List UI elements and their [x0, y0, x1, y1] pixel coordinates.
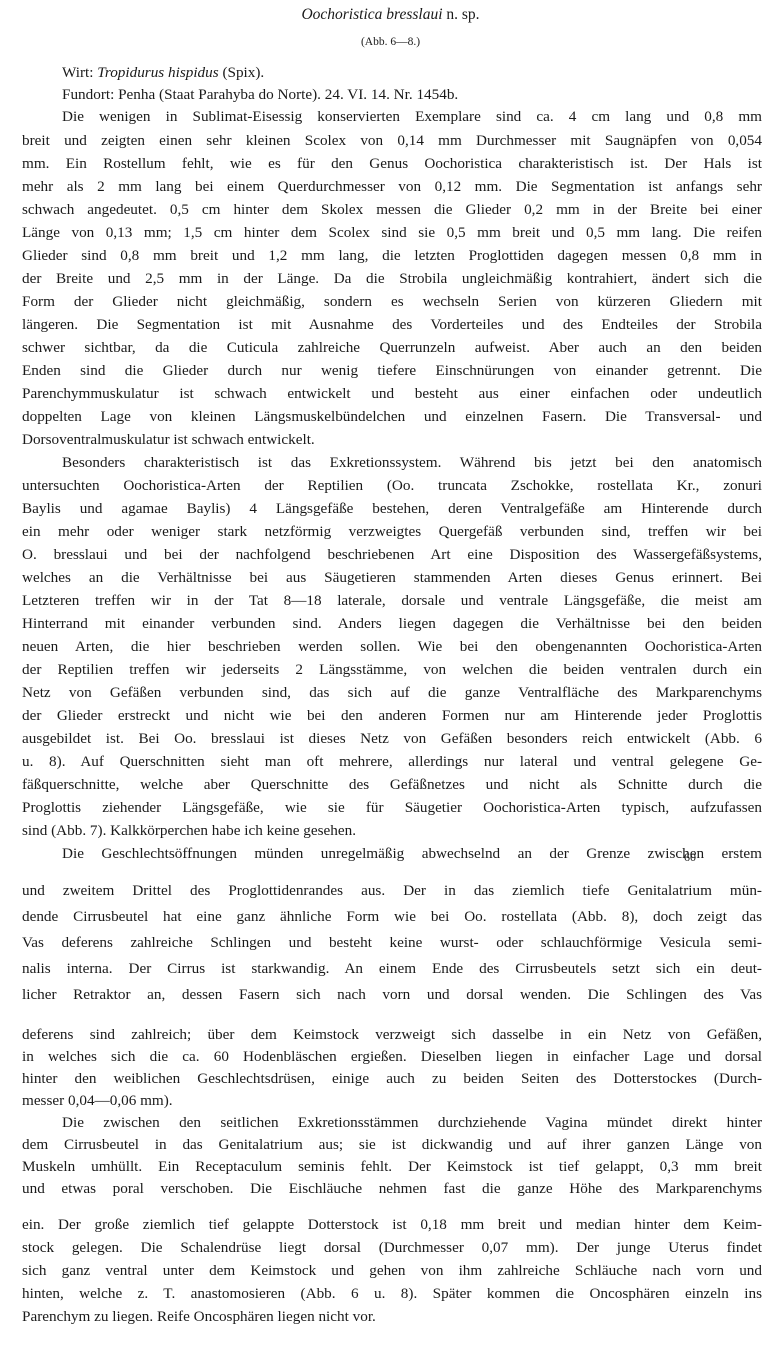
- text-line: untersuchten Oochoristica-Arten der Rept…: [22, 475, 762, 497]
- text-line: hinter den weiblichen Geschlechtsdrüsen,…: [22, 1068, 762, 1090]
- species-name: Oochoristica bresslaui: [301, 6, 442, 23]
- text-line: stock gelegen. Die Schalendrüse liegt do…: [22, 1237, 762, 1259]
- text-line: Netz von Gefäßen verbunden sind, das sic…: [22, 682, 762, 704]
- species-title: Oochoristica bresslaui n. sp.: [0, 6, 781, 24]
- text-line: dem Cirrusbeutel in das Genitalatrium au…: [22, 1134, 762, 1156]
- text-line: Die zwischen den seitlichen Exkretionsst…: [62, 1112, 762, 1134]
- text-line: Hinterrand mit einander verbunden sind. …: [22, 613, 762, 635]
- text-line: Vas deferens zahlreiche Schlingen und be…: [22, 932, 762, 954]
- text-line: sind (Abb. 7). Kalkkörperchen habe ich k…: [22, 820, 762, 842]
- text-line: Besonders charakteristisch ist das Exkre…: [62, 452, 762, 474]
- host-line: Wirt: Tropidurus hispidus (Spix).: [62, 62, 762, 84]
- new-species-mark: n. sp.: [443, 6, 480, 23]
- text-line: Form der Glieder nicht gleichmäßig, sond…: [22, 291, 762, 313]
- text-line: und zweitem Drittel des Proglottidenrand…: [22, 880, 762, 902]
- text-line: sich ganz ventral unter dem Keimstock un…: [22, 1260, 762, 1282]
- text-line: Dorsoventralmuskulatur ist schwach entwi…: [22, 429, 762, 451]
- text-line: mehr als 2 mm lang bei einem Querdurchme…: [22, 176, 762, 198]
- text-line: ausgebildet ist. Bei Oo. bresslaui ist d…: [22, 728, 762, 750]
- text-line: fäßquerschnitte, welche aber Querschnitt…: [22, 774, 762, 796]
- text-line: Muskeln umhüllt. Ein Receptaculum semini…: [22, 1156, 762, 1178]
- text-line: breit und zeigten einen sehr kleinen Sco…: [22, 130, 762, 152]
- text-line: welches an die Verhältnisse bei aus Säug…: [22, 567, 762, 589]
- page-number: 60: [684, 850, 696, 865]
- text-line: Parenchymmuskulatur ist schwach entwicke…: [22, 383, 762, 405]
- text-line: Länge von 0,13 mm; 1,5 cm hinter dem Sco…: [22, 222, 762, 244]
- text-line: Parenchym zu liegen. Reife Oncosphären l…: [22, 1306, 762, 1328]
- text-line: messer 0,04—0,06 mm).: [22, 1090, 762, 1112]
- text-line: schwer sichtbar, da die Cuticula zahlrei…: [22, 337, 762, 359]
- text-line: und etwas poral verschoben. Die Eischläu…: [22, 1178, 762, 1200]
- text-line: neuen Arten, die hier beschrieben werden…: [22, 636, 762, 658]
- text-line: licher Retraktor an, dessen Fasern sich …: [22, 984, 762, 1006]
- text-line: der Breite und 2,5 mm in der Länge. Da d…: [22, 268, 762, 290]
- host-author: (Spix).: [219, 64, 265, 81]
- text-line: in welches sich die ca. 60 Hodenbläschen…: [22, 1046, 762, 1068]
- text-line: deferens sind zahlreich; über dem Keimst…: [22, 1024, 762, 1046]
- text-line: schwach angedeutet. 0,5 cm hinter dem Sk…: [22, 199, 762, 221]
- text-line: O. bresslaui und bei der nachfolgend bes…: [22, 544, 762, 566]
- text-line: der Reptilien treffen wir jederseits 2 L…: [22, 659, 762, 681]
- text-line: nalis interna. Der Cirrus ist starkwandi…: [22, 958, 762, 980]
- text-line: längeren. Die Segmentation ist mit Ausna…: [22, 314, 762, 336]
- text-line: doppelten Lage von kleinen Längsmuskelbü…: [22, 406, 762, 428]
- host-species: Tropidurus hispidus: [97, 64, 218, 81]
- text-line: ein mehr oder weniger stark netzförmig v…: [22, 521, 762, 543]
- figure-reference: (Abb. 6—8.): [0, 36, 781, 48]
- text-line: Baylis und agamae Baylis) 4 Längsgefäße …: [22, 498, 762, 520]
- text-line: Letzteren treffen wir in der Tat 8—18 la…: [22, 590, 762, 612]
- text-line: mm. Ein Rostellum fehlt, wie es für den …: [22, 153, 762, 175]
- text-line: Glieder sind 0,8 mm breit und 1,2 mm lan…: [22, 245, 762, 267]
- text-line: der Glieder erstreckt und nicht wie bei …: [22, 705, 762, 727]
- locality-line: Fundort: Penha (Staat Parahyba do Norte)…: [62, 84, 762, 106]
- text-line: hinten, welche z. T. anastomosieren (Abb…: [22, 1283, 762, 1305]
- text-line: dende Cirrusbeutel hat eine ganz ähnlich…: [22, 906, 762, 928]
- text-line: Proglottis ziehender Längsgefäße, wie si…: [22, 797, 762, 819]
- text-line: Enden sind die Glieder durch nur wenig t…: [22, 360, 762, 382]
- text-line: u. 8). Auf Querschnitten sieht man oft m…: [22, 751, 762, 773]
- text-line: Die wenigen in Sublimat-Eisessig konserv…: [62, 106, 762, 128]
- text-line: Die Geschlechtsöffnungen münden unregelm…: [62, 843, 762, 865]
- text-line: ein. Der große ziemlich tief gelappte Do…: [22, 1214, 762, 1236]
- host-label: Wirt:: [62, 64, 97, 81]
